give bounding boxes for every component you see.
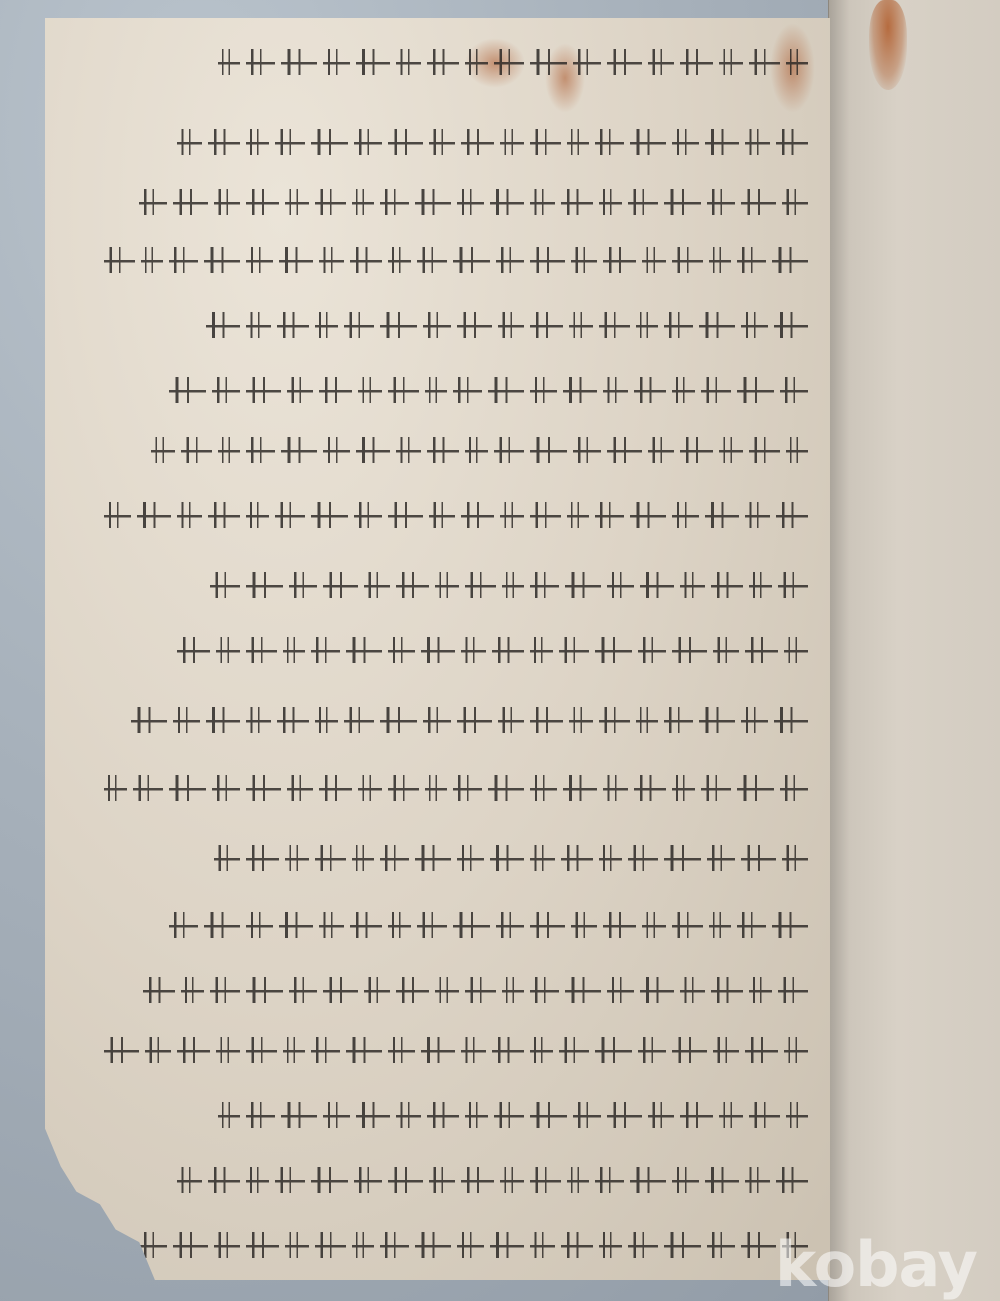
ink-character (774, 707, 808, 733)
ink-character (599, 707, 630, 733)
ink-character (607, 977, 634, 1003)
manuscript-line (65, 305, 808, 345)
ink-character (573, 49, 601, 75)
ink-character (323, 1102, 350, 1128)
ink-character (281, 437, 317, 463)
ink-character (287, 377, 313, 403)
ink-character (457, 1232, 484, 1258)
ink-character (396, 437, 421, 463)
next-page-curl (828, 0, 1000, 1301)
ink-character (500, 129, 524, 155)
ink-character (461, 1037, 486, 1063)
ink-character (246, 1037, 277, 1063)
manuscript-line (65, 700, 808, 740)
ink-character (701, 377, 731, 403)
ink-character (774, 312, 808, 338)
ink-character (500, 1167, 524, 1193)
ink-character (530, 572, 559, 598)
ink-character (741, 312, 768, 338)
ink-character (530, 1232, 555, 1258)
ink-character (567, 1167, 589, 1193)
ink-character (145, 1037, 171, 1063)
ink-character (741, 189, 776, 215)
ink-character (311, 637, 340, 663)
ink-character (745, 129, 770, 155)
manuscript-line (65, 970, 808, 1010)
ink-character (680, 1102, 713, 1128)
ink-character (711, 572, 743, 598)
ink-character (315, 707, 338, 733)
ink-character (680, 977, 705, 1003)
ink-character (104, 247, 135, 273)
ink-character (640, 572, 674, 598)
ink-character (141, 247, 163, 273)
ink-character (417, 912, 447, 938)
ink-character (719, 1102, 743, 1128)
ink-character (561, 189, 593, 215)
ink-character (285, 845, 309, 871)
ink-character (415, 845, 451, 871)
ink-character (567, 129, 589, 155)
ink-character (181, 437, 212, 463)
ink-character (778, 977, 808, 1003)
ink-character (749, 977, 772, 1003)
ink-character (356, 437, 390, 463)
ink-character (778, 572, 808, 598)
ink-character (561, 1232, 593, 1258)
ink-character (630, 1167, 666, 1193)
ink-character (465, 1102, 488, 1128)
ink-character (664, 1232, 701, 1258)
ink-character (628, 189, 658, 215)
ink-character (672, 247, 703, 273)
manuscript-text-lines (65, 38, 808, 1264)
ink-character (177, 637, 210, 663)
ink-character (216, 1037, 240, 1063)
ink-character (737, 912, 766, 938)
ink-character (648, 49, 674, 75)
ink-character (457, 707, 492, 733)
ink-character (283, 1037, 305, 1063)
ink-character (530, 129, 561, 155)
ink-character (315, 312, 338, 338)
ink-character (281, 49, 317, 75)
ink-character (642, 247, 666, 273)
ink-character (396, 572, 429, 598)
ink-character (530, 1167, 561, 1193)
ink-character (246, 502, 269, 528)
ink-character (595, 129, 624, 155)
ink-character (423, 312, 451, 338)
ink-character (246, 189, 279, 215)
ink-character (246, 1232, 279, 1258)
ink-character (131, 707, 167, 733)
ink-character (206, 312, 240, 338)
ink-character (457, 189, 484, 215)
ink-character (246, 845, 279, 871)
ink-character (634, 377, 666, 403)
ink-character (490, 1232, 524, 1258)
ink-character (530, 1037, 553, 1063)
ink-character (573, 1102, 601, 1128)
ink-character (530, 637, 553, 663)
ink-character (530, 189, 555, 215)
ink-character (664, 312, 693, 338)
ink-character (530, 437, 567, 463)
ink-character (246, 377, 281, 403)
ink-character (177, 1167, 202, 1193)
ink-character (749, 572, 772, 598)
ink-character (453, 775, 482, 801)
ink-character (640, 977, 674, 1003)
ink-character (607, 49, 642, 75)
ink-character (461, 502, 494, 528)
ink-character (421, 1037, 455, 1063)
ink-character (218, 437, 240, 463)
ink-character (634, 775, 666, 801)
ink-character (707, 189, 735, 215)
ink-character (709, 912, 731, 938)
ink-character (388, 129, 423, 155)
ink-character (352, 189, 374, 215)
ink-character (786, 1102, 808, 1128)
ink-character (177, 1037, 210, 1063)
ink-character (494, 437, 524, 463)
ink-character (571, 912, 597, 938)
manuscript-line (65, 630, 808, 670)
manuscript-line (65, 1095, 808, 1135)
ink-character (599, 312, 630, 338)
ink-character (212, 377, 240, 403)
ink-character (275, 502, 305, 528)
ink-character (421, 637, 455, 663)
ink-character (319, 912, 344, 938)
ink-character (630, 502, 666, 528)
ink-character (664, 845, 701, 871)
ink-character (279, 247, 313, 273)
ink-character (599, 189, 622, 215)
ink-character (786, 49, 808, 75)
ink-character (346, 1037, 382, 1063)
rust-stain (869, 0, 907, 90)
ink-character (672, 1037, 707, 1063)
ink-character (638, 637, 666, 663)
ink-character (565, 572, 601, 598)
ink-character (380, 312, 417, 338)
ink-character (461, 1167, 494, 1193)
ink-character (423, 707, 451, 733)
ink-character (380, 707, 417, 733)
ink-character (388, 775, 419, 801)
ink-character (380, 845, 409, 871)
ink-character (465, 572, 496, 598)
ink-character (143, 977, 175, 1003)
ink-character (636, 707, 658, 733)
ink-character (287, 775, 313, 801)
ink-character (344, 312, 374, 338)
ink-character (737, 377, 774, 403)
ink-character (713, 1037, 739, 1063)
ink-character (388, 1037, 415, 1063)
ink-character (388, 247, 411, 273)
ink-character (595, 1037, 632, 1063)
ink-character (776, 1167, 808, 1193)
ink-character (246, 1102, 275, 1128)
ink-character (745, 502, 770, 528)
ink-character (319, 247, 344, 273)
ink-character (786, 437, 808, 463)
ink-character (628, 845, 658, 871)
ink-character (352, 1232, 374, 1258)
ink-character (565, 977, 601, 1003)
ink-character (664, 707, 693, 733)
ink-character (354, 502, 382, 528)
ink-character (311, 1167, 348, 1193)
manuscript-page (45, 18, 830, 1280)
ink-character (246, 912, 273, 938)
ink-character (784, 1037, 808, 1063)
ink-character (776, 502, 808, 528)
ink-character (599, 845, 622, 871)
ink-character (741, 707, 768, 733)
ink-character (246, 637, 277, 663)
ink-character (429, 1167, 455, 1193)
ink-character (749, 437, 780, 463)
ink-character (603, 377, 628, 403)
ink-character (453, 912, 490, 938)
ink-character (453, 377, 482, 403)
ink-character (323, 977, 358, 1003)
ink-character (388, 637, 415, 663)
ink-character (388, 1167, 423, 1193)
ink-character (315, 189, 346, 215)
ink-character (429, 502, 455, 528)
ink-character (672, 1167, 699, 1193)
ink-character (104, 1037, 139, 1063)
ink-character (745, 637, 778, 663)
ink-character (465, 49, 488, 75)
ink-character (741, 1232, 776, 1258)
ink-character (277, 707, 309, 733)
ink-character (500, 502, 524, 528)
ink-character (396, 977, 429, 1003)
ink-character (680, 437, 713, 463)
ink-character (465, 437, 488, 463)
ink-character (530, 312, 563, 338)
ink-character (133, 775, 163, 801)
ink-character (177, 129, 202, 155)
ink-character (364, 572, 390, 598)
ink-character (772, 912, 808, 938)
ink-character (502, 572, 524, 598)
ink-character (311, 502, 348, 528)
ink-character (461, 129, 494, 155)
ink-character (530, 707, 563, 733)
ink-character (457, 845, 484, 871)
ink-character (737, 247, 766, 273)
ink-character (139, 189, 167, 215)
ink-character (672, 775, 695, 801)
ink-character (210, 977, 240, 1003)
manuscript-line (65, 182, 808, 222)
manuscript-line (65, 565, 808, 605)
ink-character (607, 1102, 642, 1128)
ink-character (713, 637, 739, 663)
ink-character (749, 49, 780, 75)
ink-character (279, 912, 313, 938)
manuscript-line (65, 240, 808, 280)
ink-character (492, 637, 524, 663)
ink-character (277, 312, 309, 338)
ink-character (169, 247, 198, 273)
ink-character (782, 845, 808, 871)
ink-character (607, 437, 642, 463)
ink-character (206, 707, 240, 733)
ink-character (559, 1037, 589, 1063)
ink-character (246, 707, 271, 733)
ink-character (607, 572, 634, 598)
ink-character (465, 977, 496, 1003)
ink-character (396, 1102, 421, 1128)
ink-character (311, 1037, 340, 1063)
ink-character (530, 247, 565, 273)
ink-character (425, 377, 447, 403)
ink-character (315, 1232, 346, 1258)
ink-character (707, 845, 735, 871)
ink-character (315, 845, 346, 871)
ink-character (705, 502, 739, 528)
ink-character (435, 977, 459, 1003)
manuscript-line (65, 905, 808, 945)
ink-character (498, 707, 524, 733)
ink-character (699, 312, 735, 338)
ink-character (492, 1037, 524, 1063)
manuscript-line (65, 42, 808, 82)
ink-character (494, 49, 524, 75)
ink-character (498, 312, 524, 338)
ink-character (415, 1232, 451, 1258)
manuscript-line (65, 370, 808, 410)
ink-character (705, 1167, 739, 1193)
ink-character (530, 845, 555, 871)
ink-character (490, 189, 524, 215)
ink-character (429, 129, 455, 155)
ink-character (741, 845, 776, 871)
ink-character (595, 1167, 624, 1193)
ink-character (569, 707, 593, 733)
ink-character (490, 845, 524, 871)
manuscript-line (65, 495, 808, 535)
ink-character (319, 377, 352, 403)
ink-character (453, 247, 490, 273)
ink-character (169, 377, 206, 403)
ink-character (427, 437, 459, 463)
ink-character (494, 1102, 524, 1128)
ink-character (701, 775, 731, 801)
ink-character (664, 189, 701, 215)
ink-character (573, 437, 601, 463)
ink-character (323, 49, 350, 75)
ink-character (246, 437, 275, 463)
kobay-watermark: kobay (775, 1228, 977, 1301)
manuscript-line (65, 430, 808, 470)
ink-character (672, 912, 703, 938)
ink-character (530, 377, 557, 403)
ink-character (461, 637, 486, 663)
ink-character (737, 775, 774, 801)
ink-character (530, 977, 559, 1003)
ink-character (323, 437, 350, 463)
ink-character (364, 977, 390, 1003)
ink-character (289, 572, 317, 598)
ink-character (289, 977, 317, 1003)
ink-character (435, 572, 459, 598)
ink-character (181, 977, 204, 1003)
manuscript-line (65, 1225, 808, 1265)
ink-character (218, 49, 240, 75)
ink-character (772, 247, 808, 273)
ink-character (502, 977, 524, 1003)
ink-character (719, 437, 743, 463)
ink-character (672, 377, 695, 403)
ink-character (388, 912, 411, 938)
ink-character (208, 129, 240, 155)
ink-character (595, 502, 624, 528)
ink-character (358, 775, 382, 801)
ink-character (354, 1167, 382, 1193)
ink-character (496, 912, 524, 938)
ink-character (173, 189, 208, 215)
ink-character (496, 247, 524, 273)
ink-character (530, 1102, 567, 1128)
ink-character (246, 572, 283, 598)
ink-character (350, 912, 382, 938)
ink-character (246, 977, 283, 1003)
ink-character (784, 637, 808, 663)
ink-character (346, 637, 382, 663)
ink-character (388, 377, 419, 403)
ink-character (648, 1102, 674, 1128)
ink-character (356, 49, 390, 75)
ink-character (488, 775, 524, 801)
ink-character (782, 189, 808, 215)
ink-character (214, 845, 240, 871)
ink-character (680, 49, 713, 75)
ink-character (356, 1102, 390, 1128)
ink-character (214, 1232, 240, 1258)
ink-character (488, 377, 524, 403)
ink-character (173, 1232, 208, 1258)
ink-character (638, 1037, 666, 1063)
ink-character (415, 189, 451, 215)
ink-character (705, 129, 739, 155)
ink-character (204, 247, 240, 273)
ink-character (283, 637, 305, 663)
ink-character (603, 912, 636, 938)
ink-character (344, 707, 374, 733)
ink-character (285, 1232, 309, 1258)
manuscript-line (65, 122, 808, 162)
ink-character (311, 129, 348, 155)
ink-character (275, 129, 305, 155)
ink-character (204, 912, 240, 938)
ink-character (567, 502, 589, 528)
manuscript-line (65, 768, 808, 808)
ink-character (285, 189, 309, 215)
ink-character (672, 502, 699, 528)
ink-character (628, 1232, 658, 1258)
ink-character (425, 775, 447, 801)
